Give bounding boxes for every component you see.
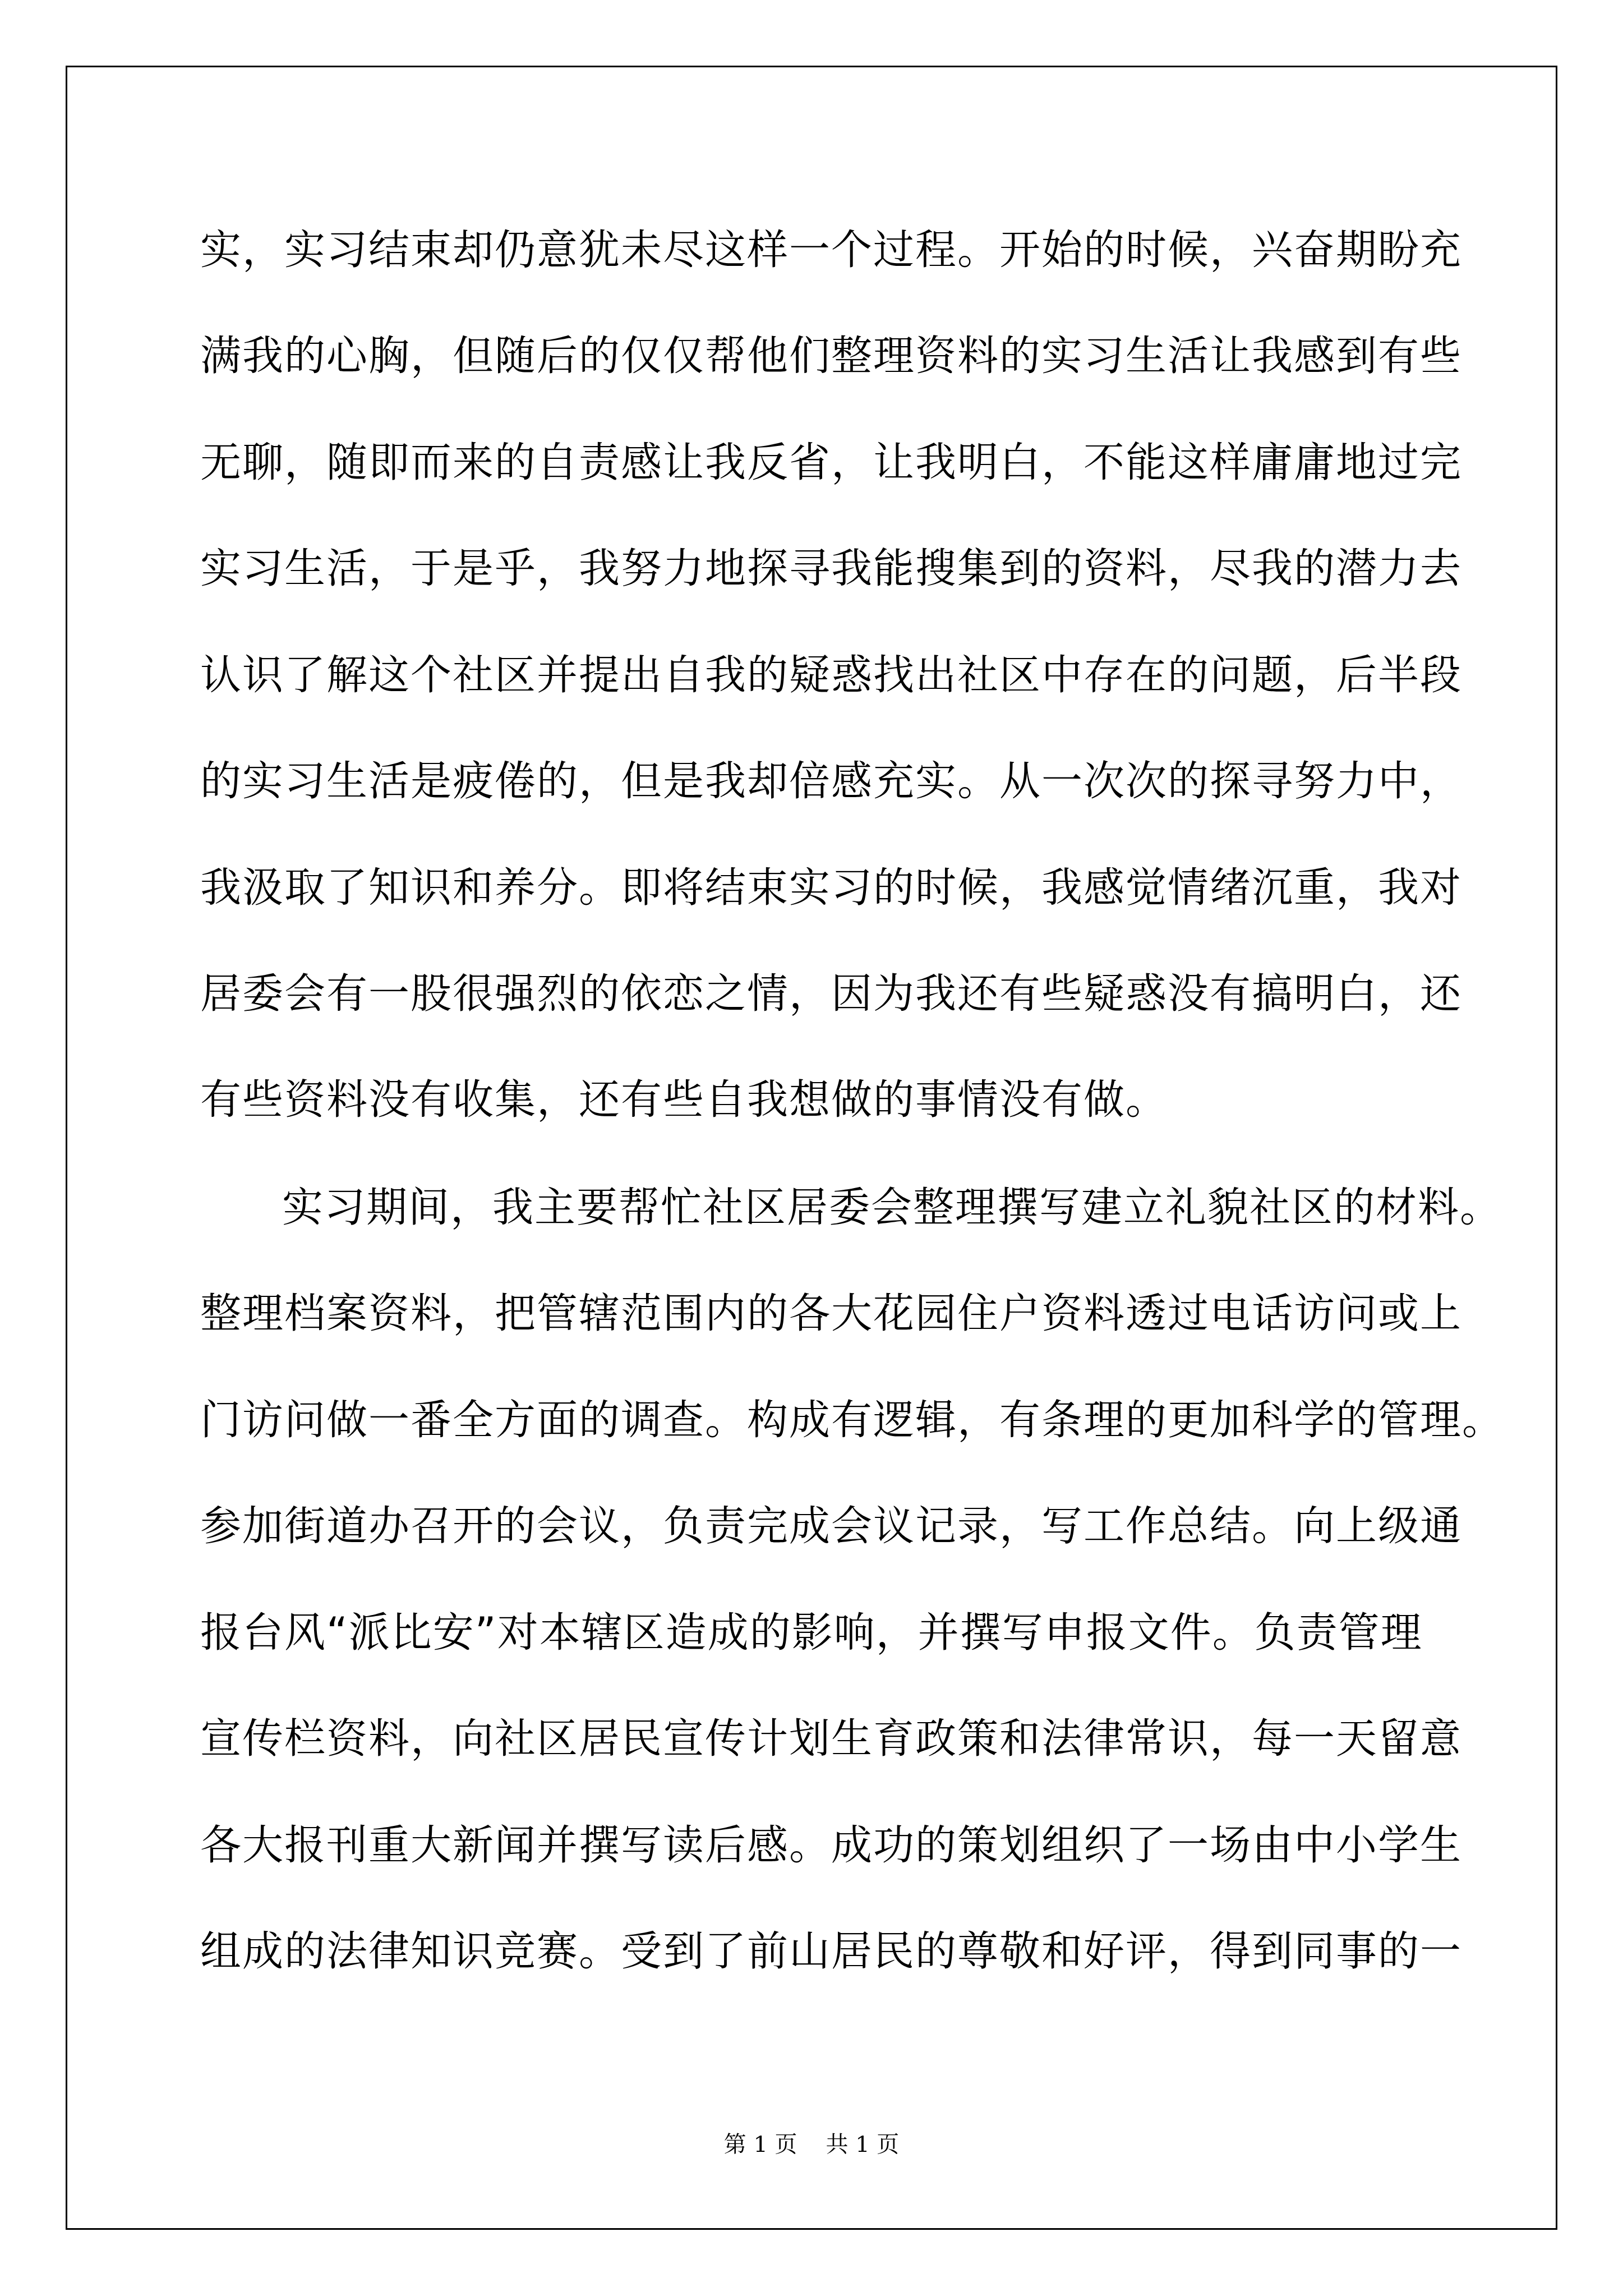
paragraph-2-line-4: 参加街道办召开的会议，负责完成会议记录，写工作总结。向上级通	[200, 1504, 1462, 1549]
paragraph-1-line-8: 居委会有一股很强烈的依恋之情，因为我还有些疑惑没有搞明白，还	[200, 972, 1462, 1016]
paragraph-1-line-9: 有些资料没有收集，还有些自我想做的事情没有做。	[200, 1078, 1168, 1122]
paragraph-2-line-1: 实习期间，我主要帮忙社区居委会整理撰写建立礼貌社区的材料。	[282, 1185, 1502, 1230]
paragraph-1-line-3: 无聊，随即而来的自责感让我反省，让我明白，不能这样庸庸地过完	[200, 440, 1462, 485]
paragraph-2-line-2: 整理档案资料，把管辖范围内的各大花园住户资料透过电话访问或上	[200, 1291, 1462, 1336]
paragraph-1-line-4: 实习生活，于是乎，我努力地探寻我能搜集到的资料，尽我的潜力去	[200, 546, 1462, 591]
paragraph-2-line-7: 各大报刊重大新闻并撰写读后感。成功的策划组织了一场由中小学生	[200, 1823, 1462, 1868]
paragraph-1-line-5: 认识了解这个社区并提出自我的疑惑找出社区中存在的问题，后半段	[200, 653, 1462, 698]
paragraph-2-line-3: 门访问做一番全方面的调查。构成有逻辑，有条理的更加科学的管理。	[200, 1398, 1504, 1443]
paragraph-1-line-7: 我汲取了知识和养分。即将结束实习的时候，我感觉情绪沉重，我对	[200, 866, 1462, 910]
paragraph-2-line-8: 组成的法律知识竞赛。受到了前山居民的尊敬和好评，得到同事的一	[200, 1929, 1462, 1974]
paragraph-1-line-6: 的实习生活是疲倦的，但是我却倍感充实。从一次次的探寻努力中，	[200, 759, 1462, 804]
paragraph-1-line-2: 满我的心胸，但随后的仅仅帮他们整理资料的实习生活让我感到有些	[200, 334, 1462, 379]
page-number-footer: 第 1 页 共 1 页	[0, 2132, 1623, 2157]
paragraph-2-line-6: 宣传栏资料，向社区居民宣传计划生育政策和法律常识，每一天留意	[200, 1717, 1462, 1761]
page-border-frame	[66, 66, 1557, 2230]
paragraph-1-line-1: 实，实习结束却仍意犹未尽这样一个过程。开始的时候，兴奋期盼充	[200, 228, 1462, 273]
paragraph-2-line-5: 报台风“派比安”对本辖区造成的影响，并撰写申报文件。负责管理	[200, 1611, 1423, 1655]
